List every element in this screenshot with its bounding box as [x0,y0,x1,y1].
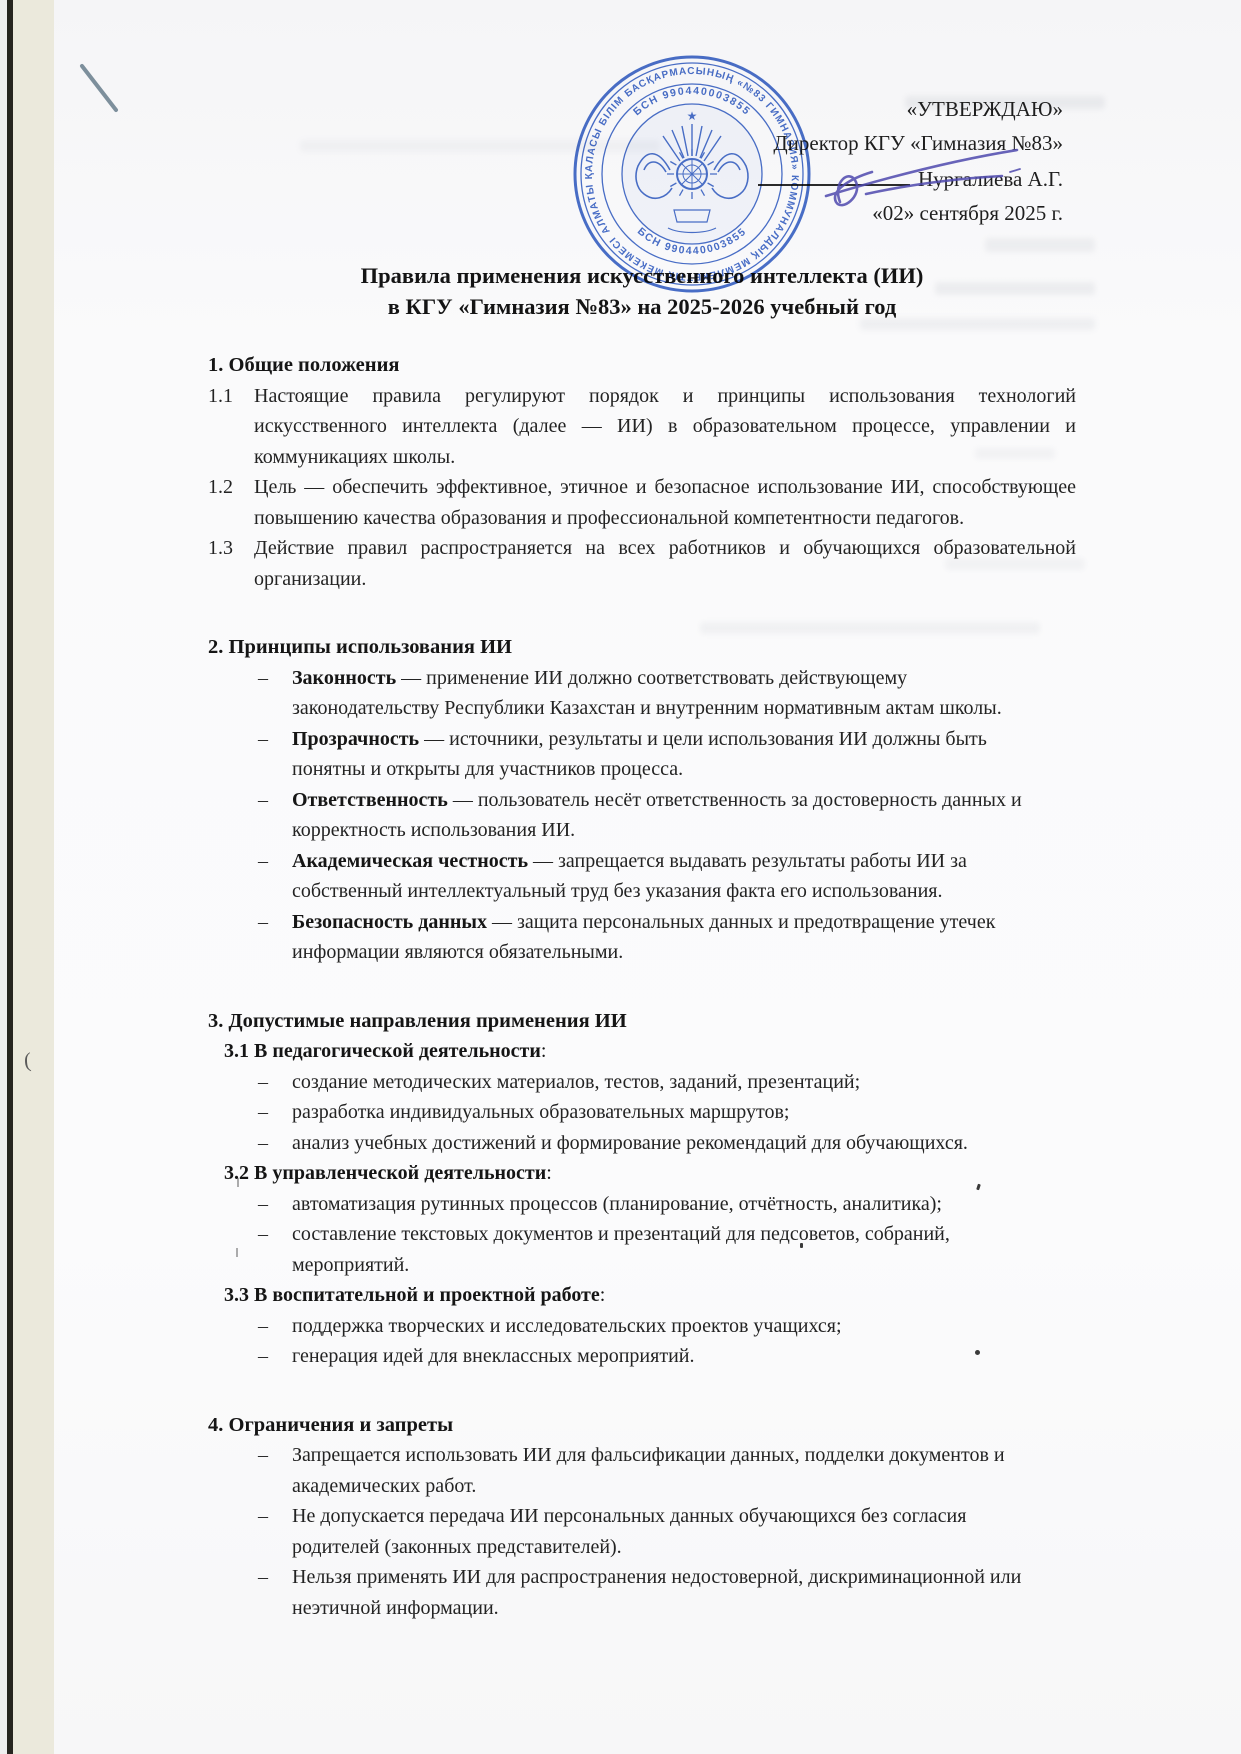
approval-label: «УТВЕРЖДАЮ» [758,92,1063,126]
numbered-item: 1.2Цель — обеспечить эффективное, этично… [208,472,1076,533]
section-heading: 3. Допустимые направления применения ИИ [208,1006,1076,1037]
bullet-item: –Не допускается передача ИИ персональных… [258,1501,1076,1562]
bullet-text: Не допускается передача ИИ персональных … [292,1501,1030,1562]
bullet-text: создание методических материалов, тестов… [292,1067,860,1098]
sub-heading-title: В управленческой деятельности [254,1162,546,1184]
dash-marker-icon: – [258,1219,292,1280]
dash-marker-icon: – [258,724,292,785]
dash-marker-icon: – [258,1067,292,1098]
sub-heading-tail: : [546,1162,552,1184]
bullet-item: –Нельзя применять ИИ для распространения… [258,1562,1076,1623]
bullet-term: Академическая честность [292,850,528,872]
document-title-line1: Правила применения искусственного интелл… [208,260,1076,291]
bleed-through-artifact [985,238,1095,252]
sub-heading: 3.3 В воспитательной и проектной работе: [224,1280,1076,1311]
svg-text:БСН 990440003855: БСН 990440003855 [631,85,753,118]
sub-heading: 3.2 В управленческой деятельности: [224,1158,1076,1189]
section-heading: 1. Общие положения [208,350,1076,381]
dash-marker-icon: – [258,846,292,907]
dash-marker-icon: – [258,1440,292,1501]
pen-stroke-artifact [74,58,126,120]
numbered-item: 1.3Действие правил распространяется на в… [208,533,1076,594]
document-section: 3. Допустимые направления применения ИИ3… [208,1006,1076,1372]
item-text: Действие правил распространяется на всех… [254,533,1076,594]
bullet-item: –Запрещается использовать ИИ для фальсиф… [258,1440,1076,1501]
bullet-text: автоматизация рутинных процессов (планир… [292,1189,942,1220]
item-text: Цель — обеспечить эффективное, этичное и… [254,472,1076,533]
svg-text:★: ★ [687,109,698,123]
dash-marker-icon: – [258,1128,292,1159]
bullet-term: Прозрачность [292,728,419,750]
bullet-text: Законность — применение ИИ должно соотве… [292,663,1030,724]
bullet-text: Ответственность — пользователь несёт отв… [292,785,1030,846]
document-section: 4. Ограничения и запреты–Запрещается исп… [208,1410,1076,1624]
bullet-text: Прозрачность — источники, результаты и ц… [292,724,1030,785]
bullet-text: Запрещается использовать ИИ для фальсифи… [292,1440,1030,1501]
bullet-item: –Академическая честность — запрещается в… [258,846,1076,907]
section-heading: 4. Ограничения и запреты [208,1410,1076,1441]
document-section: 1. Общие положения1.1Настоящие правила р… [208,350,1076,594]
bullet-item: –поддержка творческих и исследовательски… [258,1311,1076,1342]
dash-marker-icon: – [258,1097,292,1128]
document-title-line2: в КГУ «Гимназия №83» на 2025-2026 учебны… [208,291,1076,322]
bullet-text: генерация идей для внеклассных мероприят… [292,1341,694,1372]
item-number: 3.1 [224,1040,254,1062]
approval-position: Директор КГУ «Гимназия №83» [758,126,1063,160]
dash-marker-icon: – [258,1189,292,1220]
scanned-document-page: { "document": { "approval": { "approve_l… [0,0,1241,1754]
bullet-item: –Ответственность — пользователь несёт от… [258,785,1076,846]
bullet-item: –Законность — применение ИИ должно соотв… [258,663,1076,724]
bullet-term: Ответственность [292,789,448,811]
approval-signature-row: Нургалиева А.Г. [758,160,1063,196]
item-text: Настоящие правила регулируют порядок и п… [254,381,1076,473]
item-number: 3.2 [224,1162,254,1184]
bullet-term: Законность [292,667,396,689]
bullet-item: –Безопасность данных — защита персональн… [258,907,1076,968]
bleed-through-artifact [300,140,660,152]
item-number: 1.3 [208,533,254,564]
dash-marker-icon: – [258,663,292,724]
approval-name: Нургалиева А.Г. [918,167,1063,191]
sub-heading-title: В воспитательной и проектной работе [254,1284,600,1306]
sub-heading: 3.1 В педагогической деятельности: [224,1036,1076,1067]
bullet-text: Нельзя применять ИИ для распространения … [292,1562,1030,1623]
bullet-text: разработка индивидуальных образовательны… [292,1097,789,1128]
item-number: 1.1 [208,381,254,412]
stamp-bin-bottom: БСН 990440003855 [635,225,749,257]
dash-marker-icon: – [258,1311,292,1342]
paper-background: ( «УТВЕРЖДАЮ» Директор КГУ «Гимназия №83… [0,0,1241,1754]
item-number: 1.2 [208,472,254,503]
document-sections: 1. Общие положения1.1Настоящие правила р… [208,338,1076,1623]
document-title: Правила применения искусственного интелл… [208,260,1076,322]
dash-marker-icon: – [258,1562,292,1623]
bullet-text: Академическая честность — запрещается вы… [292,846,1030,907]
bullet-item: –составление текстовых документов и през… [258,1219,1076,1280]
scan-edge-beige [13,0,54,1754]
dash-marker-icon: – [258,907,292,968]
svg-text:БСН 990440003855: БСН 990440003855 [635,225,749,257]
bullet-item: –автоматизация рутинных процессов (плани… [258,1189,1076,1220]
approval-block: «УТВЕРЖДАЮ» Директор КГУ «Гимназия №83» … [758,92,1063,230]
scan-edge-white [0,0,7,1754]
stamp-bin-top: БСН 990440003855 [631,85,753,118]
signature-line [758,160,910,186]
dash-marker-icon: – [258,785,292,846]
sub-heading-tail: : [541,1040,547,1062]
dash-marker-icon: – [258,1501,292,1562]
bullet-item: –генерация идей для внеклассных мероприя… [258,1341,1076,1372]
bullet-item: –разработка индивидуальных образовательн… [258,1097,1076,1128]
item-number: 3.3 [224,1284,254,1306]
bullet-text: анализ учебных достижений и формирование… [292,1128,968,1159]
sub-heading-title: В педагогической деятельности [254,1040,541,1062]
bullet-text: составление текстовых документов и презе… [292,1219,1030,1280]
dash-marker-icon: – [258,1341,292,1372]
stamp-inner-fill [622,104,762,244]
document-section: 2. Принципы использования ИИ–Законность … [208,632,1076,968]
numbered-item: 1.1Настоящие правила регулируют порядок … [208,381,1076,473]
bullet-term: Безопасность данных [292,911,487,933]
section-heading: 2. Принципы использования ИИ [208,632,1076,663]
sub-heading-tail: : [600,1284,606,1306]
bullet-text: Безопасность данных — защита персональны… [292,907,1030,968]
bullet-item: –анализ учебных достижений и формировани… [258,1128,1076,1159]
bullet-item: –создание методических материалов, тесто… [258,1067,1076,1098]
kazakhstan-emblem-icon: ★ [636,109,748,233]
bullet-text: поддержка творческих и исследовательских… [292,1311,842,1342]
approval-date: «02» сентября 2025 г. [758,196,1063,230]
bullet-item: –Прозрачность — источники, результаты и … [258,724,1076,785]
